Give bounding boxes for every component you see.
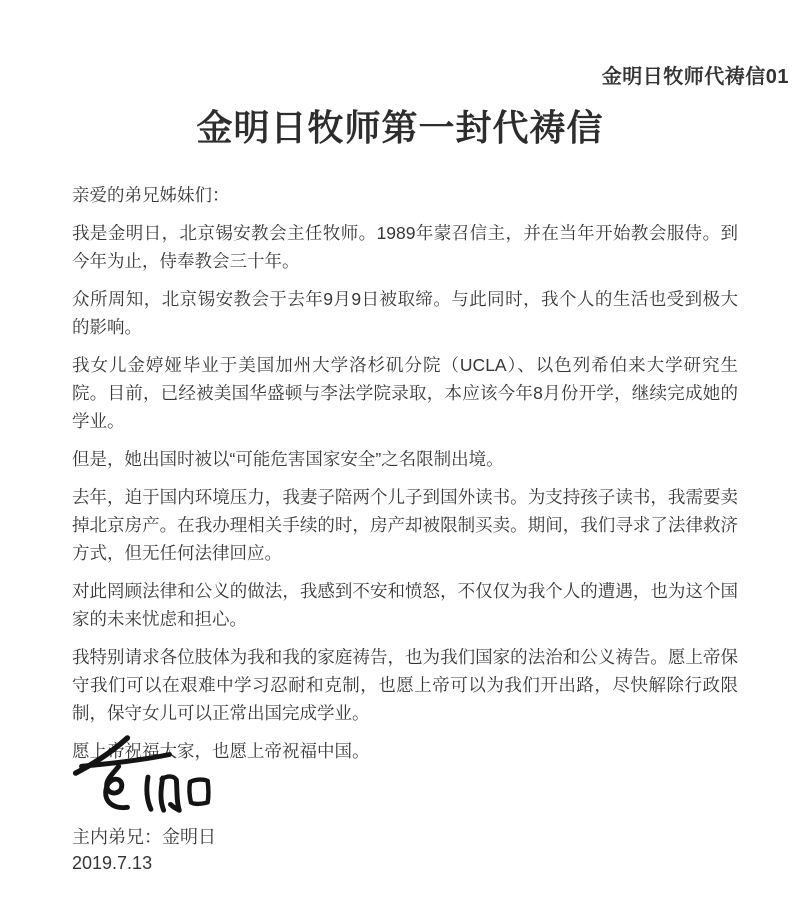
paragraph-feelings: 对此罔顾法律和公义的做法，我感到不安和愤怒，不仅仅为我个人的遭遇，也为这个国家的…: [72, 577, 738, 633]
paragraph-church-ban: 众所周知，北京锡安教会于去年9月9日被取缔。与此同时，我个人的生活也受到极大的影…: [72, 285, 738, 341]
letter-body: 亲爱的弟兄姊妹们： 我是金明日，北京锡安教会主任牧师。1989年蒙召信主，并在当…: [72, 181, 738, 775]
document-corner-label: 金明日牧师代祷信01: [602, 60, 789, 89]
paragraph-daughter-education: 我女儿金婷娅毕业于美国加州大学洛杉矶分院（UCLA）、以色列希伯来大学研究生院。…: [72, 351, 738, 435]
paragraph-exit-ban: 但是，她出国时被以“可能危害国家安全”之名限制出境。: [72, 445, 738, 473]
page-title: 金明日牧师第一封代祷信: [0, 100, 800, 151]
signature-block: 主内弟兄：金明日 2019.7.13: [58, 734, 238, 876]
paragraph-prayer-request: 我特别请求各位肢体为我和我的家庭祷告，也为我们国家的法治和公义祷告。愿上帝保守我…: [72, 643, 738, 727]
signoff-line: 主内弟兄：金明日: [72, 824, 238, 850]
signature-date: 2019.7.13: [72, 850, 238, 876]
handwritten-signature: [58, 734, 238, 822]
prayer-letter-document: 金明日牧师代祷信01 金明日牧师第一封代祷信 亲爱的弟兄姊妹们： 我是金明日，北…: [0, 0, 800, 903]
salutation: 亲爱的弟兄姊妹们：: [72, 181, 738, 209]
paragraph-property: 去年，迫于国内环境压力，我妻子陪两个儿子到国外读书。为支持孩子读书，我需要卖掉北…: [72, 483, 738, 567]
paragraph-intro: 我是金明日，北京锡安教会主任牧师。1989年蒙召信主，并在当年开始教会服侍。到今…: [72, 219, 738, 275]
